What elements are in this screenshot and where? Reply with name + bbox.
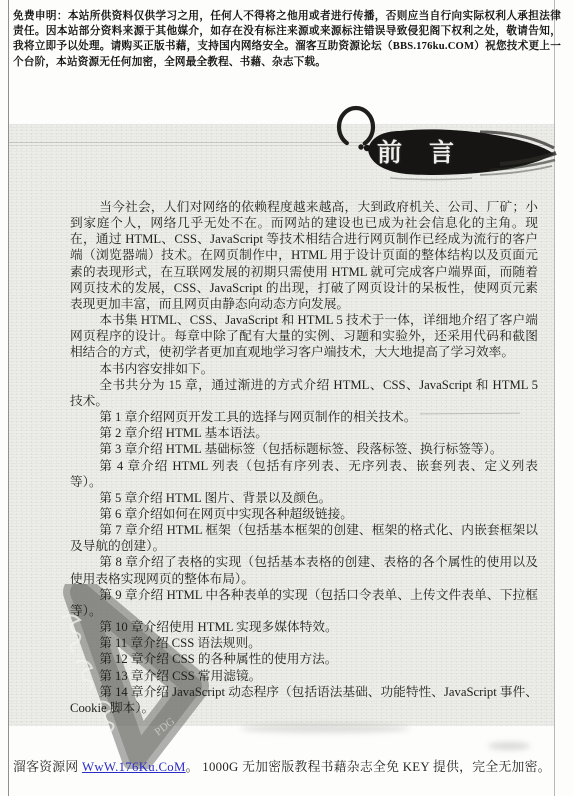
paragraph: 第 12 章介绍 CSS 的各种属性的使用方法。	[70, 651, 538, 667]
preface-body-text: 当今社会，人们对网络的依赖程度越来越高，大到政府机关、公司、厂矿；小到家庭个人，…	[70, 199, 538, 715]
disclaimer-text: 免费申明：本站所供资料仅供学习之用，任何人不得将之他用或者进行传播，否则应当自行…	[13, 9, 561, 70]
page-title: 前言	[377, 133, 481, 169]
paragraph: 第 7 章介绍 HTML 框架（包括基本框架的创建、框架的格式化、内嵌套框架以及…	[70, 522, 538, 554]
paragraph: 第 5 章介绍 HTML 图片、背景以及颜色。	[70, 490, 538, 506]
paragraph: 第 6 章介绍如何在网页中实现各种超级链接。	[70, 506, 538, 522]
paragraph: 全书共分为 15 章，通过渐进的方式介绍 HTML、CSS、JavaScript…	[70, 377, 538, 409]
paragraph: 第 11 章介绍 CSS 语法规则。	[70, 635, 538, 651]
paragraph: 第 10 章介绍使用 HTML 实现多媒体特效。	[70, 619, 538, 635]
paragraph: 第 2 章介绍 HTML 基本语法。	[70, 425, 538, 441]
footer-site-link[interactable]: WwW.176Ku.CoM	[82, 760, 186, 774]
paragraph: 第 9 章介绍 HTML 中各种表单的实现（包括口令表单、上传文件表单、下拉框等…	[70, 587, 538, 619]
paragraph: 第 13 章介绍 CSS 常用滤镜。	[70, 668, 538, 684]
paragraph: 第 1 章介绍网页开发工具的选择与网页制作的相关技术。	[70, 409, 538, 425]
ink-ring-icon	[339, 108, 373, 150]
paragraph: 第 4 章介绍 HTML 列表（包括有序列表、无序列表、嵌套列表、定义列表等）。	[70, 458, 538, 490]
footer: 溜客资源网 WwW.176Ku.CoM。 1000G 无加密版教程书藉杂志全免 …	[13, 756, 561, 775]
page-edge-streak	[9, 142, 369, 143]
paragraph: 第 14 章介绍 JavaScript 动态程序（包括语法基础、功能特性、Jav…	[70, 684, 538, 715]
paragraph: 第 3 章介绍 HTML 基础标签（包括标题标签、段落标签、换行标签等）。	[70, 441, 538, 457]
scan-smudge	[240, 724, 410, 733]
paragraph: 本书集 HTML、CSS、JavaScript 和 HTML 5 技术于一体，详…	[70, 312, 538, 360]
scan-smudge	[488, 742, 530, 750]
paragraph: 本书内容安排如下。	[70, 361, 538, 377]
paragraph: 当今社会，人们对网络的依赖程度越来越高，大到政府机关、公司、厂矿；小到家庭个人，…	[70, 199, 538, 312]
footer-prefix: 溜客资源网	[13, 760, 82, 774]
paragraph: 第 8 章介绍了表格的实现（包括基本表格的创建、表格的各个属性的使用以及使用表格…	[70, 554, 538, 586]
footer-suffix: 。 1000G 无加密版教程书藉杂志全免 KEY 提供，完全无加密。	[186, 760, 551, 774]
